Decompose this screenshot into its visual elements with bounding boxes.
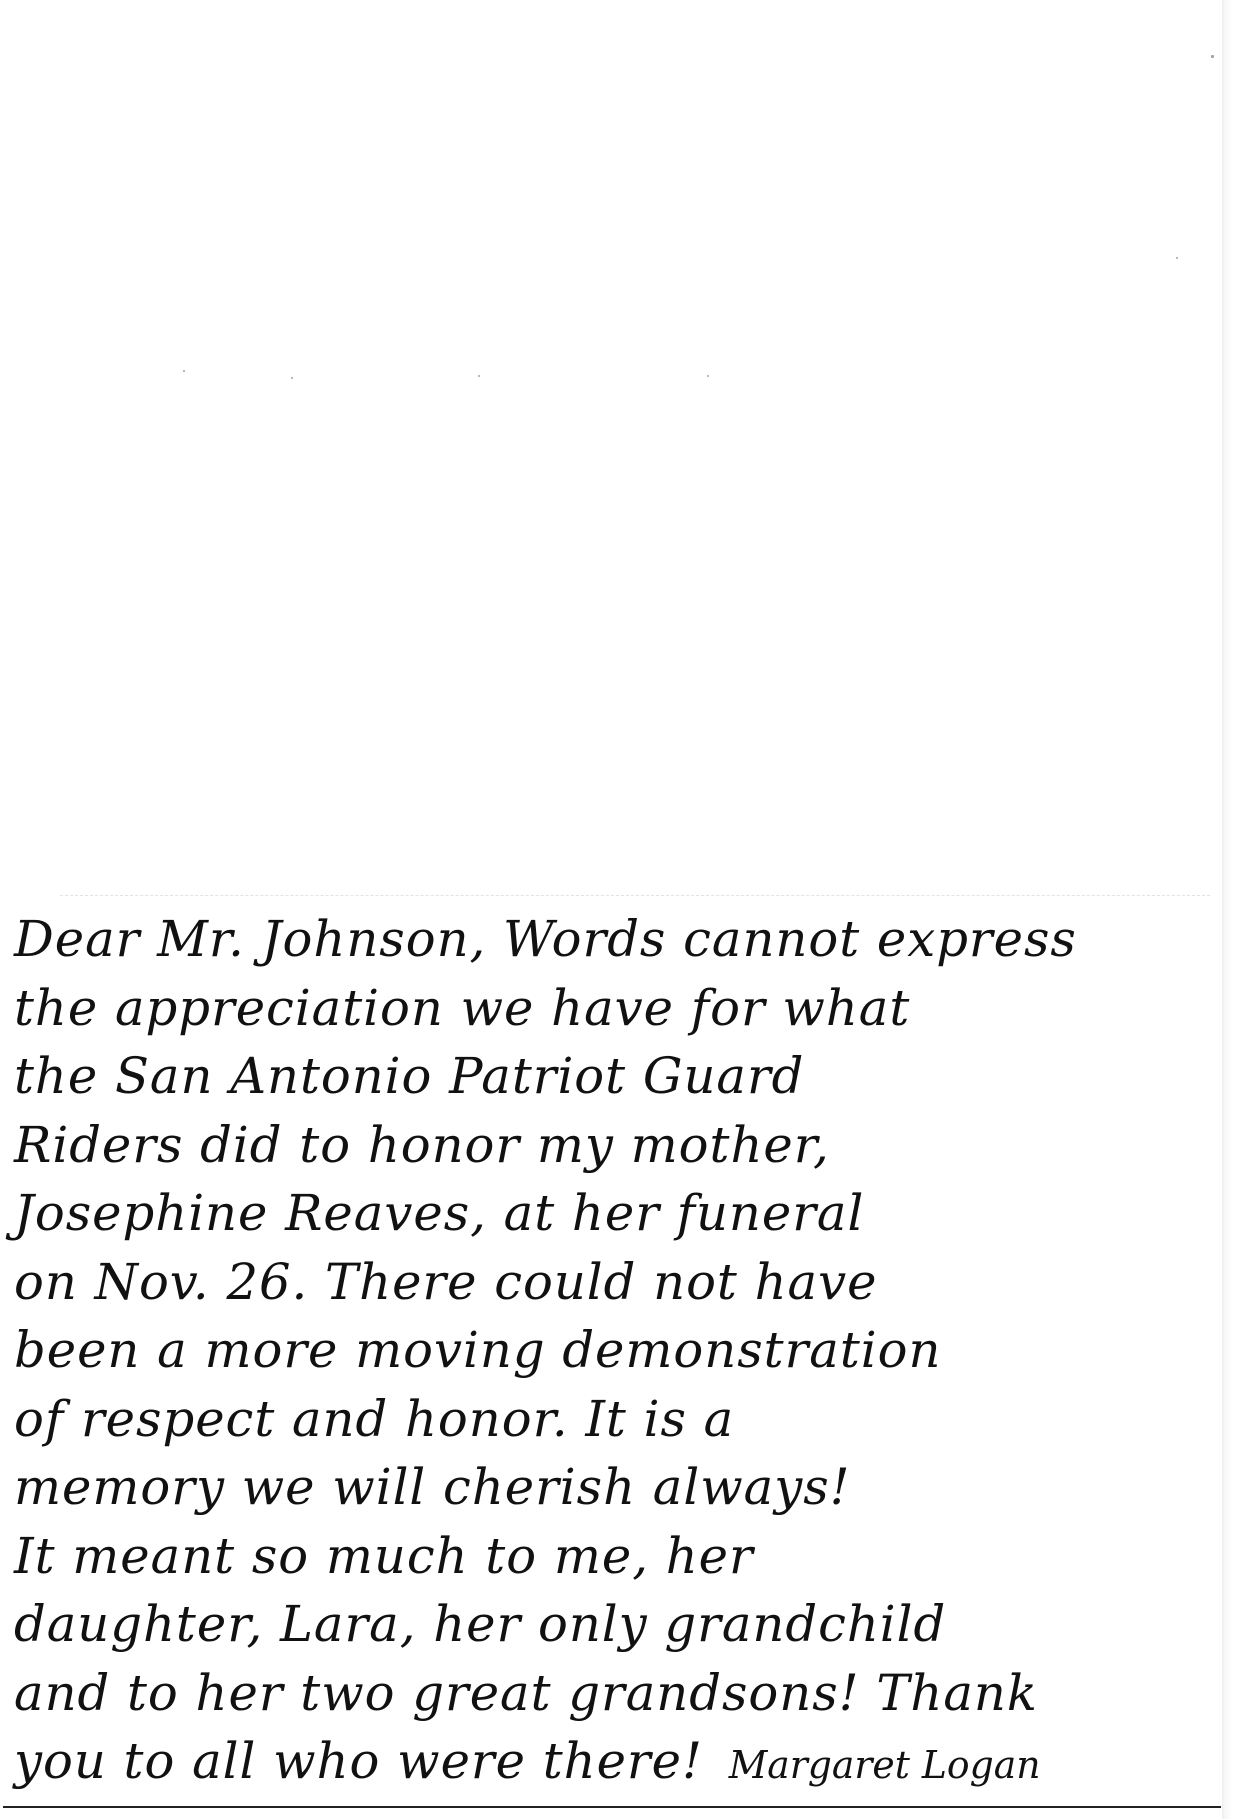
scan-speck [1211, 55, 1214, 58]
letter-line: It meant so much to me, her [14, 1522, 1214, 1591]
signature: Margaret Logan [729, 1743, 1041, 1787]
note-card: Dear Mr. Johnson, Words cannot express t… [0, 0, 1222, 1819]
letter-line: Riders did to honor my mother, [14, 1111, 1214, 1180]
card-bottom-edge [3, 1806, 1221, 1808]
scan-speck [183, 370, 185, 372]
letter-line: Dear Mr. Johnson, Words cannot express [14, 905, 1214, 974]
scan-speck [1176, 257, 1178, 259]
letter-line: memory we will cherish always! [14, 1453, 1214, 1522]
letter-line: Josephine Reaves, at her funeral [14, 1179, 1214, 1248]
scan-speck [478, 375, 480, 377]
letter-line: of respect and honor. It is a [14, 1385, 1214, 1454]
card-fold-line [60, 895, 1210, 897]
scan-speck [707, 375, 709, 377]
letter-line: on Nov. 26. There could not have [14, 1248, 1214, 1317]
letter-line: and to her two great grandsons! Thank [14, 1659, 1214, 1728]
handwritten-letter: Dear Mr. Johnson, Words cannot express t… [14, 905, 1224, 1800]
letter-line: been a more moving demonstration [14, 1316, 1214, 1385]
letter-line: the San Antonio Patriot Guard [14, 1042, 1214, 1111]
letter-line: daughter, Lara, her only grandchild [14, 1590, 1214, 1659]
letter-line-last: you to all who were there!Margaret Logan [14, 1727, 1214, 1800]
letter-line: the appreciation we have for what [14, 974, 1214, 1043]
closing-text: you to all who were there! [14, 1732, 703, 1790]
scan-speck [291, 377, 293, 379]
paper-right-edge [1222, 0, 1253, 1819]
